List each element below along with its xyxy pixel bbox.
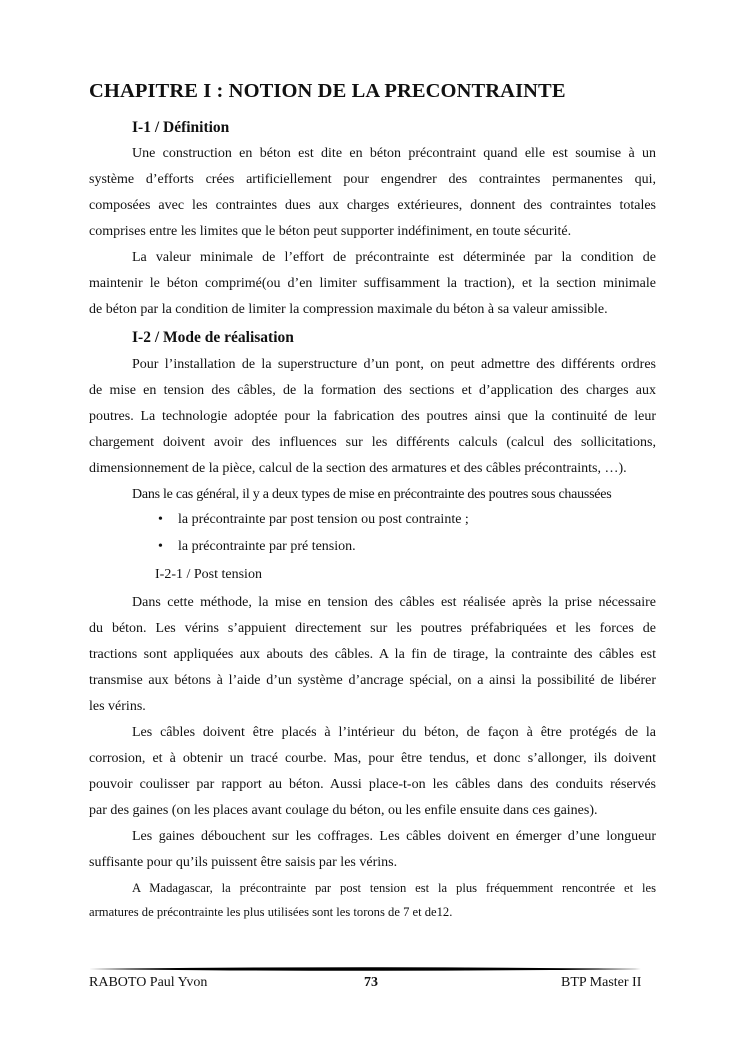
text-line: système d’efforts crées artificiellement… xyxy=(89,171,656,189)
bullet-text: la précontrainte par pré tension. xyxy=(178,539,356,555)
section-heading-definition: I-1 / Définition xyxy=(132,119,229,137)
text-line: maintenir le béton comprimé(ou d’en limi… xyxy=(89,275,656,293)
document-page: CHAPITRE I : NOTION DE LA PRECONTRAINTE … xyxy=(0,0,745,1053)
subsection-heading-post-tension: I-2-1 / Post tension xyxy=(155,567,262,583)
text-line: poutres. La technologie adoptée pour la … xyxy=(89,408,656,426)
text-line: La valeur minimale de l’effort de précon… xyxy=(132,249,656,267)
text-line: du béton. Les vérins s’appuient directem… xyxy=(89,620,656,638)
text-line: Les gaines débouchent sur les coffrages.… xyxy=(132,828,656,846)
text-line: transmise aux bétons à l’aide d’un systè… xyxy=(89,672,656,690)
text-line: chargement doivent avoir des influences … xyxy=(89,434,656,452)
text-line: corrosion, et à obtenir un tracé courbe.… xyxy=(89,750,656,768)
text-line: dimensionnement de la pièce, calcul de l… xyxy=(89,460,656,478)
text-line: tractions sont appliquées aux abouts des… xyxy=(89,646,656,664)
text-line: Pour l’installation de la superstructure… xyxy=(132,356,656,374)
footer-author: RABOTO Paul Yvon xyxy=(89,975,207,991)
text-line: comprises entre les limites que le béton… xyxy=(89,223,656,241)
text-line: de béton par la condition de limiter la … xyxy=(89,301,656,319)
chapter-title: CHAPITRE I : NOTION DE LA PRECONTRAINTE xyxy=(89,80,566,103)
footer-divider xyxy=(89,967,641,971)
text-line: A Madagascar, la précontrainte par post … xyxy=(132,879,656,897)
text-line: composées avec les contraintes dues aux … xyxy=(89,197,656,215)
footer-program: BTP Master II xyxy=(561,975,641,991)
bullet-text: la précontrainte par post tension ou pos… xyxy=(178,512,469,528)
text-line: Dans le cas général, il y a deux types d… xyxy=(132,486,656,504)
text-line: par des gaines (on les places avant coul… xyxy=(89,802,656,820)
text-line: Dans cette méthode, la mise en tension d… xyxy=(132,594,656,612)
footer-page-number: 73 xyxy=(364,975,378,991)
text-line: armatures de précontrainte les plus util… xyxy=(89,903,656,921)
text-line: pouvoir coulisser par rapport au béton. … xyxy=(89,776,656,794)
text-line: de mise en tension des câbles, de la for… xyxy=(89,382,656,400)
bullet-icon: • xyxy=(158,539,163,555)
bullet-icon: • xyxy=(158,512,163,528)
text-line: Une construction en béton est dite en bé… xyxy=(132,145,656,163)
text-line: suffisante pour qu’ils puissent être sai… xyxy=(89,854,656,872)
section-heading-mode-realisation: I-2 / Mode de réalisation xyxy=(132,329,294,347)
text-line: Les câbles doivent être placés à l’intér… xyxy=(132,724,656,742)
text-line: les vérins. xyxy=(89,698,656,716)
